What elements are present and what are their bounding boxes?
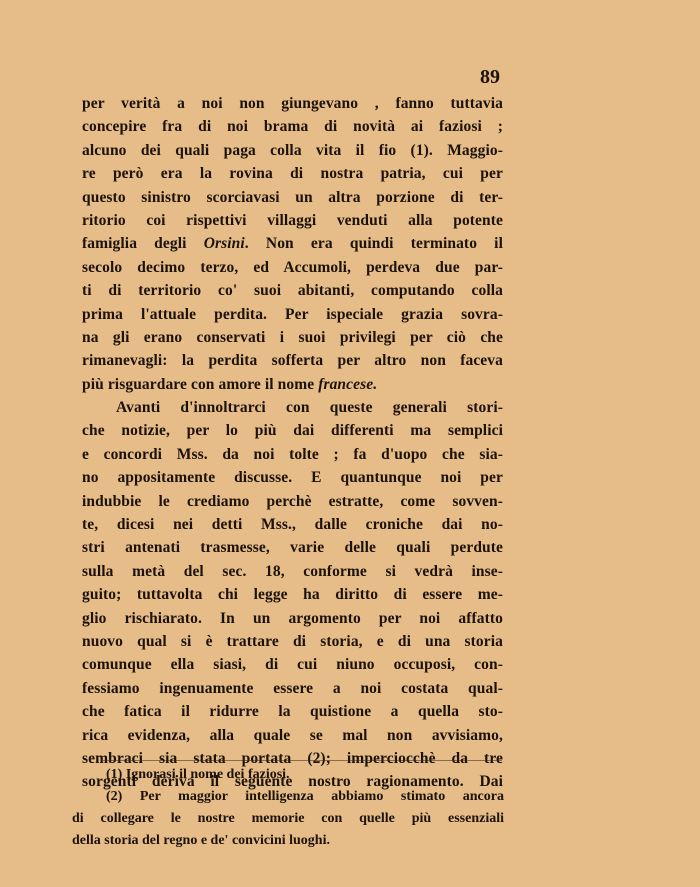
line-text: per verità a noi non giungevano , fanno …: [82, 95, 503, 112]
line-text: famiglia degli: [82, 235, 204, 252]
text-line: che fatica il ridurre la quistione a que…: [82, 700, 503, 723]
text-line: na gli erano conservati i suoi privilegi…: [82, 326, 503, 349]
text-line: rica evidenza, alla quale se mal non avv…: [82, 724, 503, 747]
line-text: che notizie, per lo più dai differenti m…: [82, 422, 503, 439]
line-text: ritorio coi rispettivi villaggi venduti …: [82, 212, 503, 229]
text-line: famiglia degli Orsini. Non era quindi te…: [82, 232, 503, 255]
text-line: ti di territorio co' suoi abitanti, comp…: [82, 279, 503, 302]
line-text: e concordi Mss. da noi tolte ; fa d'uopo…: [82, 446, 503, 463]
footnote-line: (1) Ignorasi il nome dei faziosi.: [72, 764, 504, 786]
text-line: più risguardare con amore il nome france…: [82, 373, 503, 396]
line-text: indubbie le crediamo perchè estratte, co…: [82, 493, 503, 510]
line-text: comunque ella siasi, di cui niuno occupo…: [82, 656, 503, 673]
line-text: na gli erano conservati i suoi privilegi…: [82, 329, 503, 346]
line-text: più risguardare con amore il nome: [82, 376, 318, 393]
line-text: glio rischiarato. In un argomento per no…: [82, 610, 503, 627]
footnote-line: di collegare le nostre memorie con quell…: [72, 808, 504, 830]
line-text: guito; tuttavolta chi legge ha diritto d…: [82, 586, 503, 603]
line-text: . Non era quindi terminato il: [245, 235, 503, 252]
line-text: concepire fra di noi brama di novità ai …: [82, 118, 503, 135]
text-line: questo sinistro scorciavasi un altra por…: [82, 186, 503, 209]
line-text: questo sinistro scorciavasi un altra por…: [82, 189, 503, 206]
line-text: re però era la rovina di nostra patria, …: [82, 165, 503, 182]
text-line: sulla metà del sec. 18, conforme si vedr…: [82, 560, 503, 583]
text-line: alcuno dei quali paga colla vita il fio …: [82, 139, 503, 162]
italic-text: francese.: [318, 376, 377, 393]
line-text: rica evidenza, alla quale se mal non avv…: [82, 727, 503, 744]
text-line: Avanti d'innoltrarci con queste generali…: [82, 396, 503, 419]
text-line: te, dicesi nei detti Mss., dalle cronich…: [82, 513, 503, 536]
line-text: Avanti d'innoltrarci con queste generali…: [116, 399, 503, 416]
line-text: alcuno dei quali paga colla vita il fio …: [82, 142, 503, 159]
text-line: che notizie, per lo più dai differenti m…: [82, 419, 503, 442]
line-text: sulla metà del sec. 18, conforme si vedr…: [82, 563, 503, 580]
line-text: nuovo qual si è trattare di storia, e di…: [82, 633, 503, 650]
body-text: per verità a noi non giungevano , fanno …: [82, 92, 503, 794]
line-text: secolo decimo terzo, ed Accumoli, perdev…: [82, 259, 503, 276]
line-text: rimanevagli: la perdita sofferta per alt…: [82, 352, 503, 369]
text-line: indubbie le crediamo perchè estratte, co…: [82, 490, 503, 513]
line-text: te, dicesi nei detti Mss., dalle cronich…: [82, 516, 503, 533]
text-line: glio rischiarato. In un argomento per no…: [82, 607, 503, 630]
text-line: fessiamo ingenuamente essere a noi costa…: [82, 677, 503, 700]
line-text: prima l'attuale perdita. Per ispeciale g…: [82, 306, 503, 323]
footnote-line: della storia del regno e de' convicini l…: [72, 830, 504, 852]
line-text: fessiamo ingenuamente essere a noi costa…: [82, 680, 503, 697]
footnote-line: (2) Per maggior intelligenza abbiamo sti…: [72, 786, 504, 808]
text-line: concepire fra di noi brama di novità ai …: [82, 115, 503, 138]
text-line: stri antenati trasmesse, varie delle qua…: [82, 536, 503, 559]
italic-text: Orsini: [204, 235, 245, 252]
page-number: 89: [480, 66, 500, 89]
text-line: ritorio coi rispettivi villaggi venduti …: [82, 209, 503, 232]
text-line: e concordi Mss. da noi tolte ; fa d'uopo…: [82, 443, 503, 466]
text-line: no appositamente discusse. E quantunque …: [82, 466, 503, 489]
text-line: guito; tuttavolta chi legge ha diritto d…: [82, 583, 503, 606]
line-text: che fatica il ridurre la quistione a que…: [82, 703, 503, 720]
line-text: stri antenati trasmesse, varie delle qua…: [82, 539, 503, 556]
line-text: no appositamente discusse. E quantunque …: [82, 469, 503, 486]
text-line: per verità a noi non giungevano , fanno …: [82, 92, 503, 115]
text-line: rimanevagli: la perdita sofferta per alt…: [82, 349, 503, 372]
text-line: secolo decimo terzo, ed Accumoli, perdev…: [82, 256, 503, 279]
text-line: comunque ella siasi, di cui niuno occupo…: [82, 653, 503, 676]
text-line: re però era la rovina di nostra patria, …: [82, 162, 503, 185]
text-line: nuovo qual si è trattare di storia, e di…: [82, 630, 503, 653]
footnotes: (1) Ignorasi il nome dei faziosi.(2) Per…: [72, 764, 504, 852]
text-line: prima l'attuale perdita. Per ispeciale g…: [82, 303, 503, 326]
line-text: ti di territorio co' suoi abitanti, comp…: [82, 282, 503, 299]
